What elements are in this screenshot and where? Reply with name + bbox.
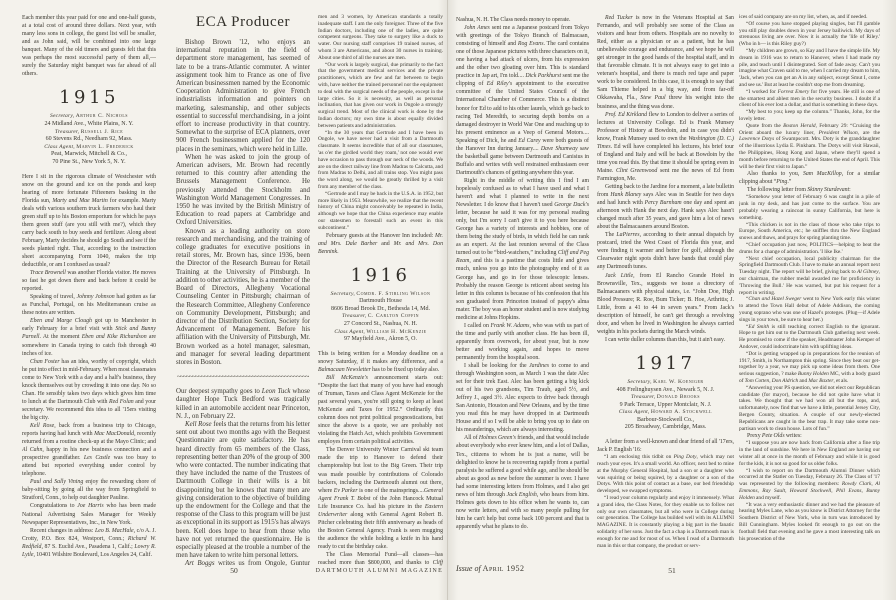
paragraph: “Gertrude and I may be back in the U.S.A… [318,191,443,232]
paragraph-group-article: Bishop Brown '12, who enjoys an internat… [176,39,310,367]
page-number-left: 50 [222,566,246,575]
paragraph: “Dot is getting wrapped up in preparatio… [739,351,880,385]
right-page-column-2: Red Tucker is now in the Veterans Hospit… [597,14,734,564]
paragraph-group-letter: men and 3 women, by American standards a… [318,14,443,256]
squiggle-divider [177,374,309,381]
paragraph: “In the 30 years that Gertrude and I hav… [318,130,443,191]
paragraph: Known as a leading authority on store re… [176,228,310,367]
left-page-column-3: men and 3 women, by American standards a… [318,14,443,566]
paragraph: Quote from the Boston Herald, February 2… [739,123,880,171]
paragraph: “Next chief occupation, local publicity … [739,256,880,297]
paragraph: Paul and Sally Vining enjoy the rewardin… [22,478,156,502]
paragraph: February guests at the Hanover Inn inclu… [318,232,443,256]
officer-address-line: Barbour-Stockwell Co., [597,417,734,425]
paragraph: The LaPierres, according to their annual… [597,231,734,271]
officer-role-line: Treasurer, Donald Brooks [597,394,734,402]
page-number-right: 51 [660,566,684,575]
paragraph: John Ames sent me a Japanese postcard fr… [456,24,589,177]
paragraph: Nashua, N. H. The Class needs money to o… [456,16,589,24]
paragraph: Congratulations to Joe Harris who has be… [22,502,156,526]
class-officers-1915: Secretary, Arthur C. Nichols24 Midland A… [22,113,156,166]
magazine-name-footer: DARTMOUTH ALUMNI MAGAZINE [290,568,443,574]
paragraph: “My children are grown, so Kay and I hav… [739,48,880,89]
officer-address-line: 9 Park Terrace, Upper Montclair, N. J. [597,402,734,410]
officer-address-line: 8606 Broad Brook Dr., Bethesda 14, Md. [318,306,443,314]
paragraph: “I am enclosing this tidbit on Ping Doty… [597,454,734,495]
officer-address-line: 24 Midland Ave., White Plains, N. Y. [22,121,156,129]
officer-role-line: Treasurer, Russell J. Rice [22,129,156,137]
paragraph: I called on Frank W. Adams, who was with… [456,322,589,362]
paragraph-group-class-notes: Here I sit in the rigorous climate of We… [22,173,156,559]
paragraph: “Chief occupation just now, POLITICS—hel… [739,242,880,256]
officer-address-line: 70 Pine St., New York 5, N. Y. [22,159,156,167]
paragraph: Prof. Ed Kirkland flew to London to deli… [597,111,734,183]
officer-address-line: Peat, Marwick, Mitchell & Co., [22,151,156,159]
issue-prefix: Issue of [456,564,481,573]
paragraph: Trace Brownell was another Florida visit… [22,269,156,293]
officer-role-line: Class Agent, Howard A. Stockwell [597,409,734,417]
officer-address-line: 97 Mayfield Ave., Akron 5, O. [318,336,443,344]
paragraph: Eben and Marge Clough got up to Manchest… [22,317,156,357]
paragraph: The Denver University Winter Carnival sk… [318,446,443,551]
officer-role-line: Secretary, Comdr. F. Stirling Wilson [318,291,443,299]
issue-line: Issue ofApril 1952 [456,564,524,573]
officer-address-line: 408 Frelinghuysen Ave., Newark 5, N. J. [597,387,734,395]
paragraph: When he was asked to join the group of A… [176,154,310,228]
paragraph: “Chan and Hazel Sweger went to New York … [739,296,880,323]
paragraph: Right in the middle of writing this I fi… [456,177,589,322]
paragraph: Red Tucker is now in the Veterans Hospit… [597,14,734,111]
paragraph-group-continuation: Each member this year paid for one and o… [22,14,156,78]
paragraph: Bishop Brown '12, who enjoys an internat… [176,39,310,154]
paragraph: “Somehow your letter of February 6 was c… [739,194,880,221]
right-page-column-1: Nashua, N. H. The Class needs money to o… [456,16,589,564]
paragraph: “This chicken is not in the class of tho… [739,222,880,242]
class-officers-1916: Secretary, Comdr. F. Stirling WilsonDart… [318,291,443,344]
paragraph: Bill McKenzie's announcement starts out:… [318,374,443,446]
page-gutter-shadow [438,0,458,600]
paragraph: Kell Rose feels that the returns from hi… [176,421,310,560]
paragraph-group-class-notes: Our deepest sympathy goes to Leon Tuck w… [176,388,310,568]
left-page-column-2: ECA Producer Bishop Brown '12, who enjoy… [176,12,310,568]
paragraph: I shall be looking for the Jardines to c… [456,362,589,434]
officer-address-line: 60 Stevens Rd., Needham 92, Mass. [22,136,156,144]
paragraph-group-class-notes: Nashua, N. H. The Class needs money to o… [456,16,589,531]
paragraph-group-letter: A letter from a well-known and dear frie… [597,438,734,549]
paragraph: “Of course you have stopped playing sing… [739,21,880,48]
page-gutter [447,0,448,600]
paragraph: “Ed Smith is still teaching correct Engl… [739,324,880,351]
paragraph-group-class-notes: ices of said company are on my list, whe… [739,14,880,542]
paragraph: Jack Little, from El Rancho Grande Hotel… [597,272,734,336]
paragraph: ices of said company are on my list, whe… [739,14,880,21]
paragraph-group-class-notes: This is being written for a Monday deadl… [318,350,443,566]
article-title: ECA Producer [176,14,310,31]
right-page-column-3: ices of said company are on my list, whe… [739,14,880,564]
paragraph: Speaking of travel, Johnny Johnson had g… [22,293,156,317]
class-heading-1917: 1917 [597,353,734,374]
paragraph: “Our work is largely surgical, due prima… [318,62,443,130]
officer-role-line: Treasurer, C. Carlton Coffin [318,313,443,321]
paragraph: The Class Memorial Fund—all classes—has … [318,551,443,566]
class-heading-1916: 1916 [318,265,443,286]
left-page-column-1: Each member this year paid for one and o… [22,14,156,566]
paragraph: “I suppose you are now back from Califor… [739,440,880,467]
class-heading-1915: 1915 [22,87,156,108]
officer-address-line: 27 Concord St., Nashua, N. H. [318,321,443,329]
paragraph: “It was a very enthusiastic dinner and w… [739,502,880,543]
paragraph: Each member this year paid for one and o… [22,14,156,78]
officer-role-line: Class Agent, Marvin L. Frederick [22,144,156,152]
paragraph: Kell Rose, back from a business trip to … [22,422,156,478]
paragraph: “I wish to report on the Dartmouth Alumn… [739,468,880,502]
paragraph: “Answering your PS question, we did not … [739,385,880,433]
officer-role-line: Secretary, Arthur C. Nichols [22,113,156,121]
paragraph: All of Holmes Green's friends, and that … [456,434,589,531]
officer-address-line: 205 Broadway, Cambridge, Mass. [597,424,734,432]
paragraph: Getting back to the Jardine for a moment… [597,183,734,231]
paragraph: I can write duller columns than this, bu… [597,336,734,344]
paragraph: “My best to you; keep up the column.” Th… [739,109,880,123]
scan-edge-shading [882,0,896,600]
paragraph: Recent changes in address: Leo B. MacHal… [22,527,156,559]
paragraph: A letter from a well-known and dear frie… [597,438,734,454]
paragraph: Chan Foster has an idea, worthy of copyr… [22,358,156,422]
magazine-spread: Each member this year paid for one and o… [0,0,896,600]
paragraph: men and 3 women, by American standards a… [318,14,443,62]
paragraph: This is being written for a Monday deadl… [318,350,443,374]
paragraph: Also thanks to you, Sam MacKillop, for a… [739,170,880,186]
class-officers-1917: Secretary, Karl W. Koeniger408 Frelinghu… [597,379,734,432]
officer-address-line: Dartmouth House [318,298,443,306]
paragraph-group-class-notes: Red Tucker is now in the Veterans Hospit… [597,14,734,344]
paragraph: Here I sit in the rigorous climate of We… [22,173,156,270]
officer-role-line: Secretary, Karl W. Koeniger [597,379,734,387]
paragraph: Our deepest sympathy goes to Leon Tuck w… [176,388,310,421]
issue-date: April 1952 [483,564,525,573]
paragraph: “I read your column regularly and enjoy … [597,495,734,549]
paragraph: “I worked for Forrest Emery for five yea… [739,89,880,109]
